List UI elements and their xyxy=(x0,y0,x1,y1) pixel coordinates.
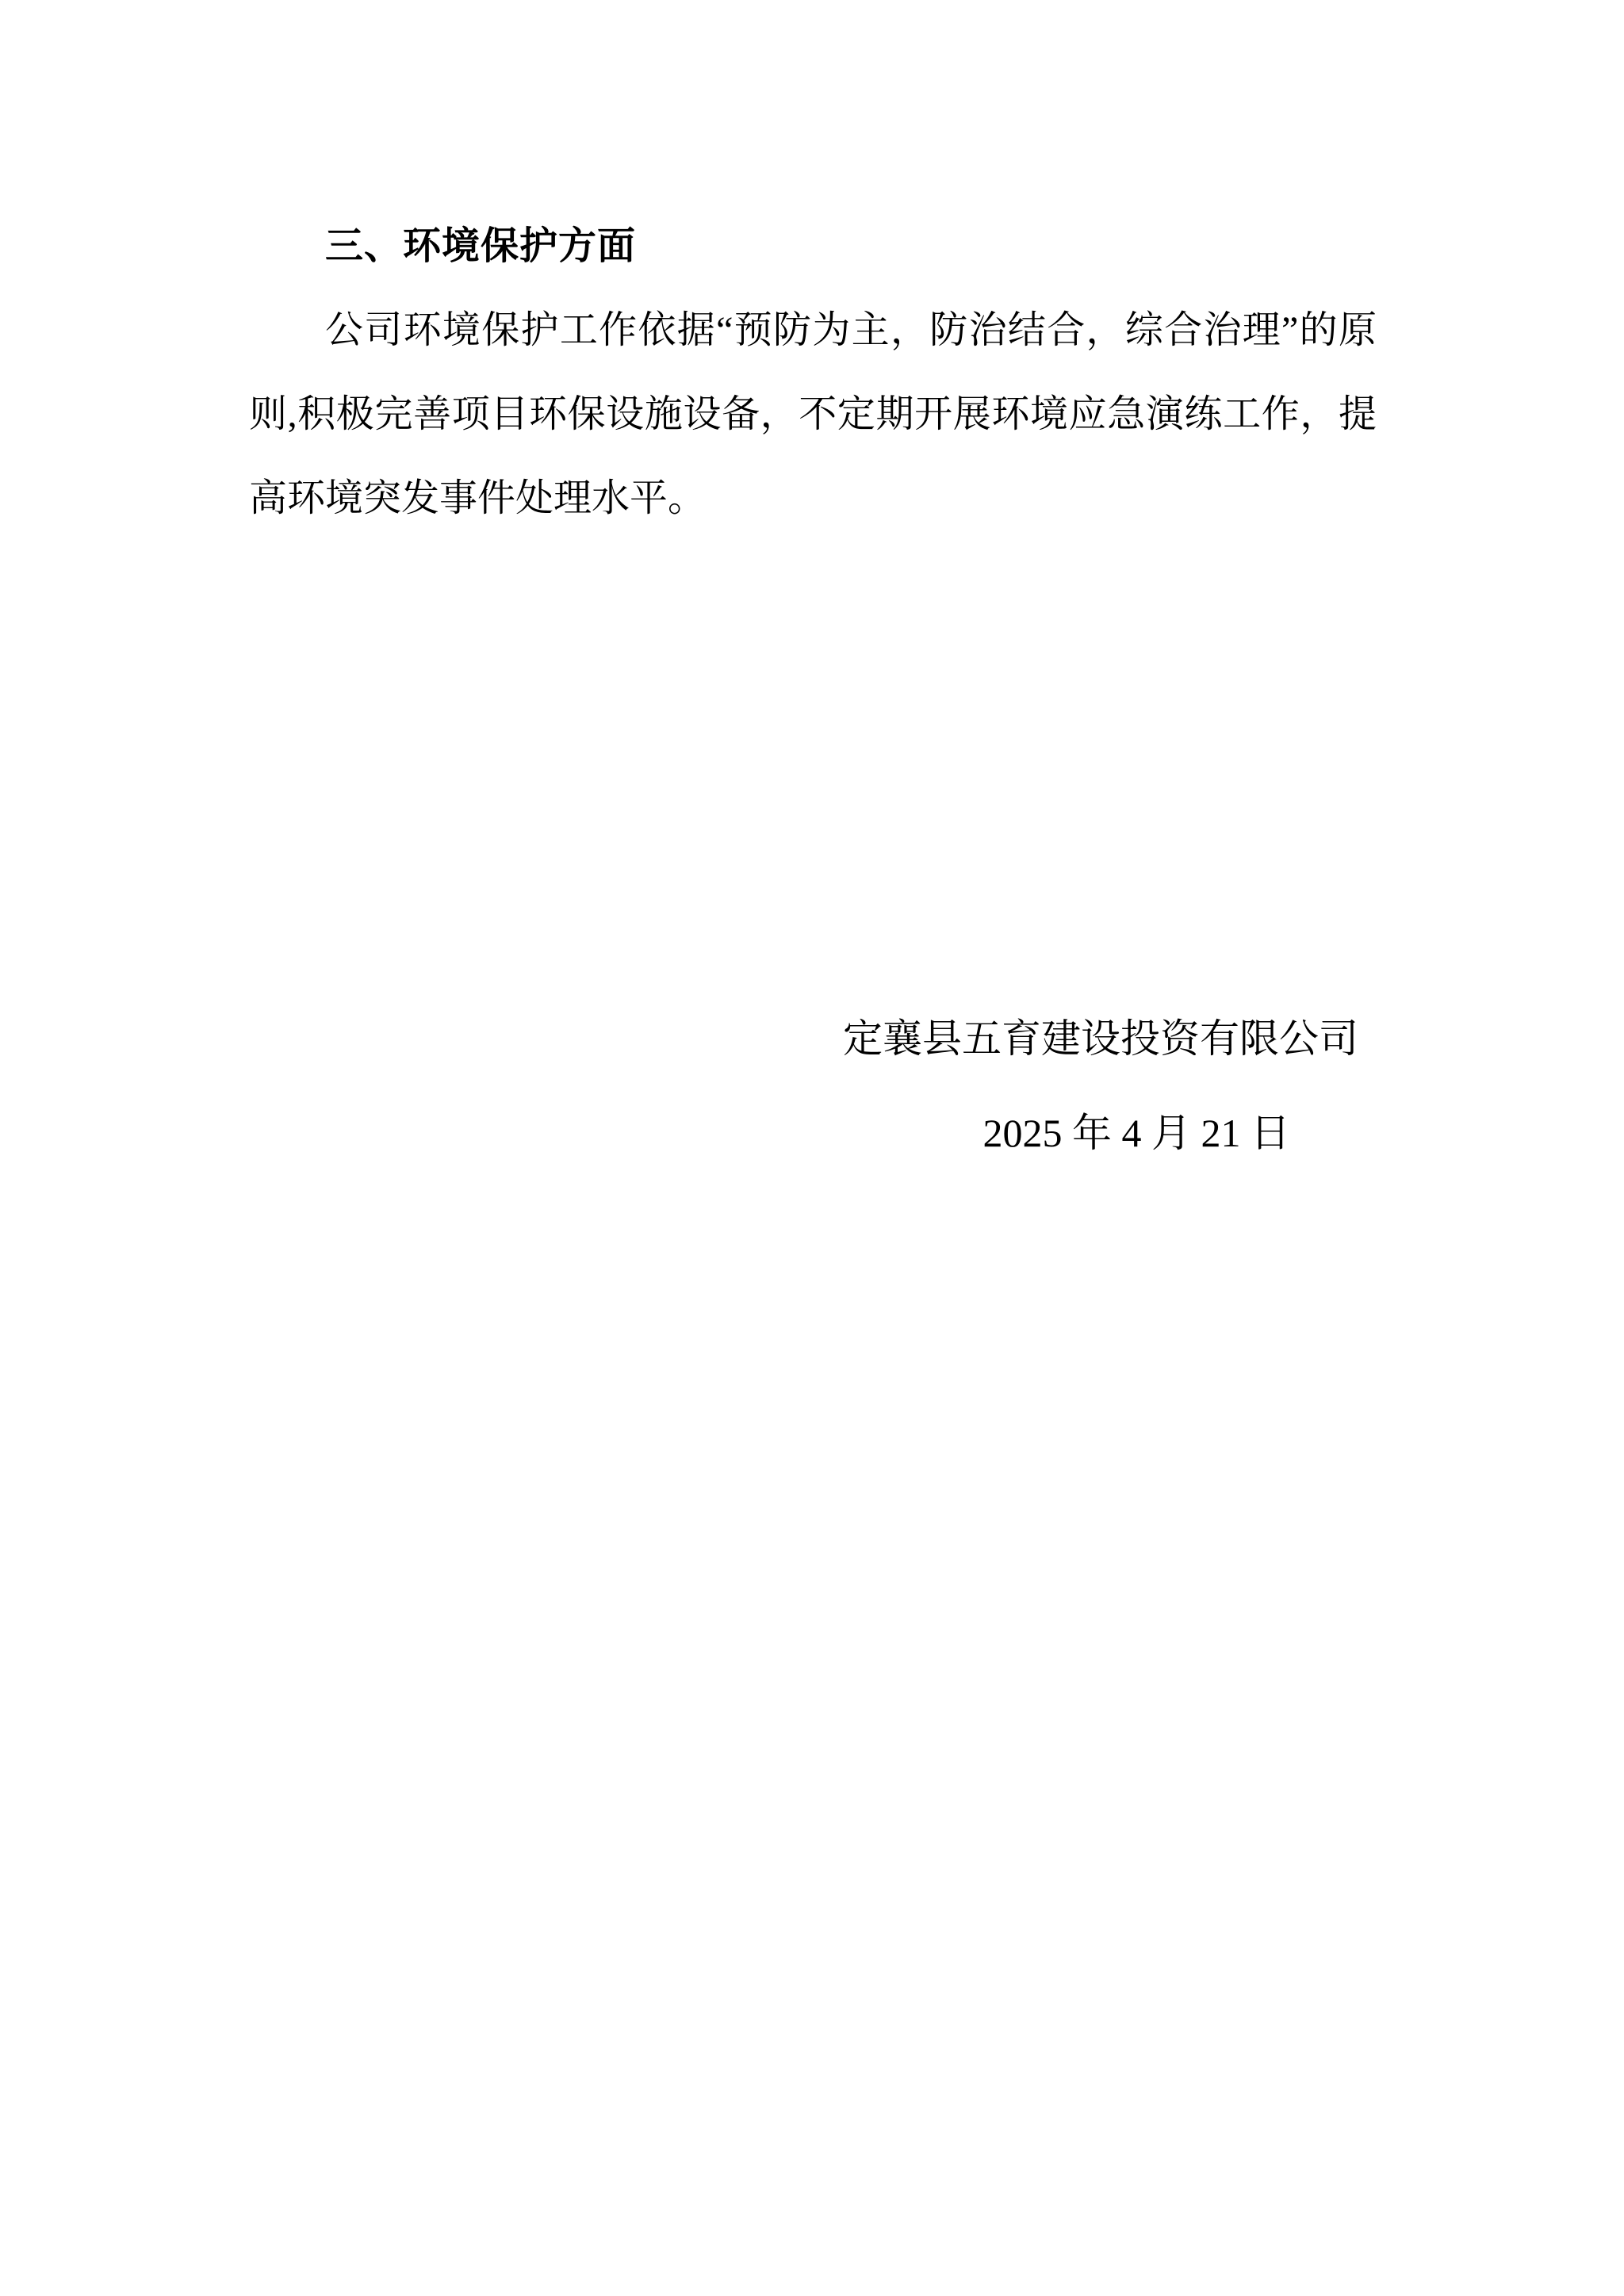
section-heading: 三、环境保护方面 xyxy=(249,205,1377,289)
paragraph-line-3: 高环境突发事件处理水平。 xyxy=(249,457,1377,541)
document-content: 三、环境保护方面 公司环境保护工作依据“预防为主，防治结合，综合治理”的原 则,… xyxy=(249,0,1377,1175)
paragraph-line-1: 公司环境保护工作依据“预防为主，防治结合，综合治理”的原 xyxy=(249,289,1377,373)
signature-company-name: 定襄县五育建设投资有限公司 xyxy=(249,997,1358,1081)
signature-date: 2025 年 4 月 21 日 xyxy=(249,1091,1290,1175)
document-page: 三、环境保护方面 公司环境保护工作依据“预防为主，防治结合，综合治理”的原 则,… xyxy=(0,0,1624,2296)
paragraph-line-2: 则,积极完善项目环保设施设备，不定期开展环境应急演练工作，提 xyxy=(249,373,1377,457)
body-paragraph: 公司环境保护工作依据“预防为主，防治结合，综合治理”的原 则,积极完善项目环保设… xyxy=(249,289,1377,541)
